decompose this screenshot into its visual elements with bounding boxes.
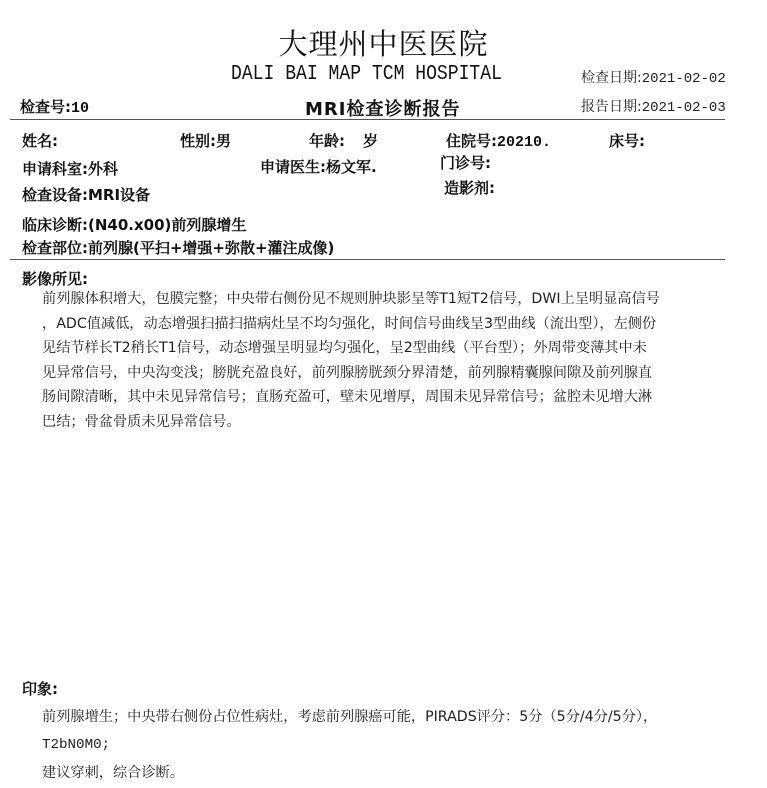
report-date-value: 2021-02-03 [642, 100, 726, 116]
outpatient-number-label: 门诊号: [440, 154, 491, 172]
clinical-diagnosis-label: 临床诊断: [22, 216, 88, 234]
bed-number-label: 床号: [609, 132, 645, 150]
exam-date: 检查日期:2021-02-02 [581, 67, 726, 87]
hospital-name-cn: 大理州中医医院 [0, 22, 767, 63]
exam-equipment-value: MRI设备 [88, 186, 150, 204]
patient-name-label: 姓名: [22, 132, 58, 150]
contrast-agent: 造影剂: [444, 177, 495, 198]
report-title: MRI检查诊断报告 [305, 95, 460, 121]
requesting-doctor-label: 申请医生: [260, 158, 326, 176]
findings-line: ，ADC值减低，动态增强扫描扫描病灶呈不均匀强化，时间信号曲线呈3型曲线（流出型… [20, 312, 720, 337]
findings-line: 巴结；骨盆骨质未见异常信号。 [20, 410, 720, 435]
report-date: 报告日期:2021-02-03 [581, 96, 726, 116]
bed-number: 床号: [609, 130, 645, 151]
impression-line: 建议穿刺，综合诊断。 [20, 759, 720, 787]
exam-date-value: 2021-02-02 [642, 71, 726, 87]
requesting-dept-label: 申请科室: [22, 160, 88, 178]
findings-title: 影像所见: [22, 268, 88, 289]
requesting-doctor: 申请医生:杨文军. [260, 156, 377, 177]
patient-age-unit: 岁 [363, 132, 378, 150]
hospital-name-en: DALI BAI MAP TCM HOSPITAL [231, 63, 502, 86]
patient-age: 年龄:岁 [309, 130, 378, 151]
clinical-diagnosis: 临床诊断:(N40.x00)前列腺增生 [22, 214, 246, 235]
findings-line: 前列腺体积增大，包膜完整；中央带右侧份见不规则肿块影呈等T1短T2信号，DWI上… [20, 287, 720, 312]
patient-info-divider [10, 259, 725, 260]
header-divider [10, 119, 725, 120]
patient-sex-label: 性别: [180, 132, 216, 150]
clinical-diagnosis-value: (N40.x00)前列腺增生 [88, 216, 246, 234]
requesting-doctor-value: 杨文军. [326, 158, 377, 176]
patient-name: 姓名: [22, 130, 58, 151]
findings-line: 见结节样长T2稍长T1信号，动态增强呈明显均匀强化，呈2型曲线（平台型）；外周带… [20, 336, 720, 361]
contrast-agent-label: 造影剂: [444, 179, 495, 197]
exam-number-label: 检查号: [20, 98, 71, 116]
impression-text: 前列腺增生；中央带右侧份占位性病灶，考虑前列腺癌可能，PIRADS评分：5分（5… [20, 703, 720, 787]
exam-equipment-label: 检查设备: [22, 186, 88, 204]
exam-site: 检查部位:前列腺(平扫+增强+弥散+灌注成像) [22, 237, 334, 258]
exam-site-value: 前列腺(平扫+增强+弥散+灌注成像) [88, 239, 334, 257]
findings-line: 肠间隙清晰，其中未见异常信号；直肠充盈可，壁未见增厚，周围未见异常信号；盆腔未见… [20, 385, 720, 410]
patient-sex-value: 男 [216, 132, 231, 150]
inpatient-number-label: 住院号: [446, 132, 497, 150]
report-date-label: 报告日期: [581, 99, 642, 115]
inpatient-number: 住院号:20210. [446, 130, 551, 151]
requesting-dept: 申请科室:外科 [22, 158, 118, 179]
exam-equipment: 检查设备:MRI设备 [22, 184, 150, 205]
impression-title: 印象: [22, 678, 58, 699]
outpatient-number: 门诊号: [440, 152, 491, 173]
exam-number: 检查号:10 [20, 96, 89, 117]
impression-line: 前列腺增生；中央带右侧份占位性病灶，考虑前列腺癌可能，PIRADS评分：5分（5… [20, 703, 720, 731]
patient-sex: 性别:男 [180, 130, 231, 151]
inpatient-number-value: 20210. [497, 134, 551, 151]
exam-date-label: 检查日期: [581, 70, 642, 86]
requesting-dept-value: 外科 [88, 160, 118, 178]
exam-number-value: 10 [71, 100, 89, 117]
impression-line: T2bN0M0; [20, 731, 720, 759]
findings-line: 见异常信号，中央沟变浅；膀胱充盈良好，前列腺膀胱颈分界清楚，前列腺精囊腺间隙及前… [20, 361, 720, 386]
exam-site-label: 检查部位: [22, 239, 88, 257]
patient-age-label: 年龄: [309, 132, 345, 150]
findings-text: 前列腺体积增大，包膜完整；中央带右侧份见不规则肿块影呈等T1短T2信号，DWI上… [20, 287, 720, 434]
